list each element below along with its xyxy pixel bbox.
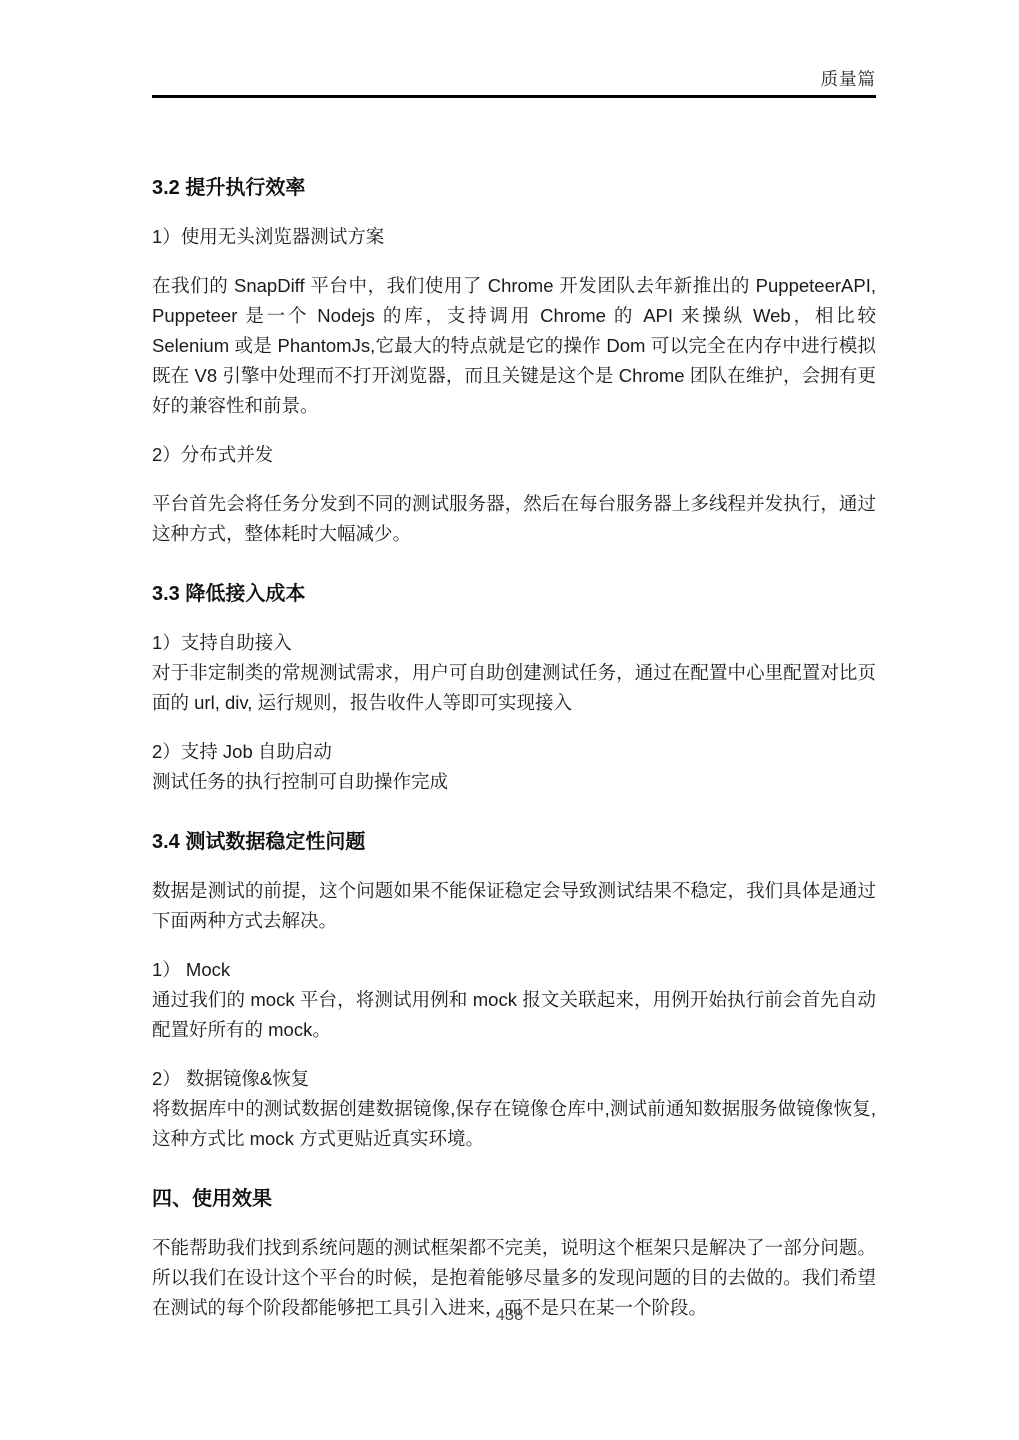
page-number: 438 <box>0 1306 1019 1325</box>
running-header-title: 质量篇 <box>152 66 876 91</box>
paragraph-mock: 通过我们的 mock 平台，将测试用例和 mock 报文关联起来，用例开始执行前… <box>152 985 876 1045</box>
paragraph-data-stability: 数据是测试的前提，这个问题如果不能保证稳定会导致测试结果不稳定，我们具体是通过下… <box>152 876 876 936</box>
item-heading-distributed: 2）分布式并发 <box>152 440 876 470</box>
section-heading-3-3: 3.3 降低接入成本 <box>152 579 876 609</box>
item-heading-self-service-access: 1）支持自助接入 <box>152 628 876 658</box>
item-heading-mock: 1） Mock <box>152 955 876 985</box>
section-heading-usage-effect: 四、使用效果 <box>152 1184 876 1214</box>
item-heading-data-mirror: 2） 数据镜像&恢复 <box>152 1064 876 1094</box>
item-heading-headless-browser: 1）使用无头浏览器测试方案 <box>152 222 876 252</box>
paragraph-self-service-access: 对于非定制类的常规测试需求，用户可自助创建测试任务，通过在配置中心里配置对比页面… <box>152 658 876 718</box>
paragraph-snapdiff-puppeteer: 在我们的 SnapDiff 平台中，我们使用了 Chrome 开发团队去年新推出… <box>152 271 876 421</box>
document-page: 质量篇 3.2 提升执行效率 1）使用无头浏览器测试方案 在我们的 SnapDi… <box>0 0 1019 1440</box>
section-heading-3-4: 3.4 测试数据稳定性问题 <box>152 827 876 857</box>
item-heading-job-self-start: 2）支持 Job 自助启动 <box>152 737 876 767</box>
paragraph-data-mirror: 将数据库中的测试数据创建数据镜像,保存在镜像仓库中,测试前通知数据服务做镜像恢复… <box>152 1094 876 1154</box>
document-body: 3.2 提升执行效率 1）使用无头浏览器测试方案 在我们的 SnapDiff 平… <box>152 98 876 1323</box>
paragraph-job-self-start: 测试任务的执行控制可自助操作完成 <box>152 767 876 797</box>
paragraph-distributed: 平台首先会将任务分发到不同的测试服务器，然后在每台服务器上多线程并发执行，通过这… <box>152 489 876 549</box>
section-heading-3-2: 3.2 提升执行效率 <box>152 173 876 203</box>
